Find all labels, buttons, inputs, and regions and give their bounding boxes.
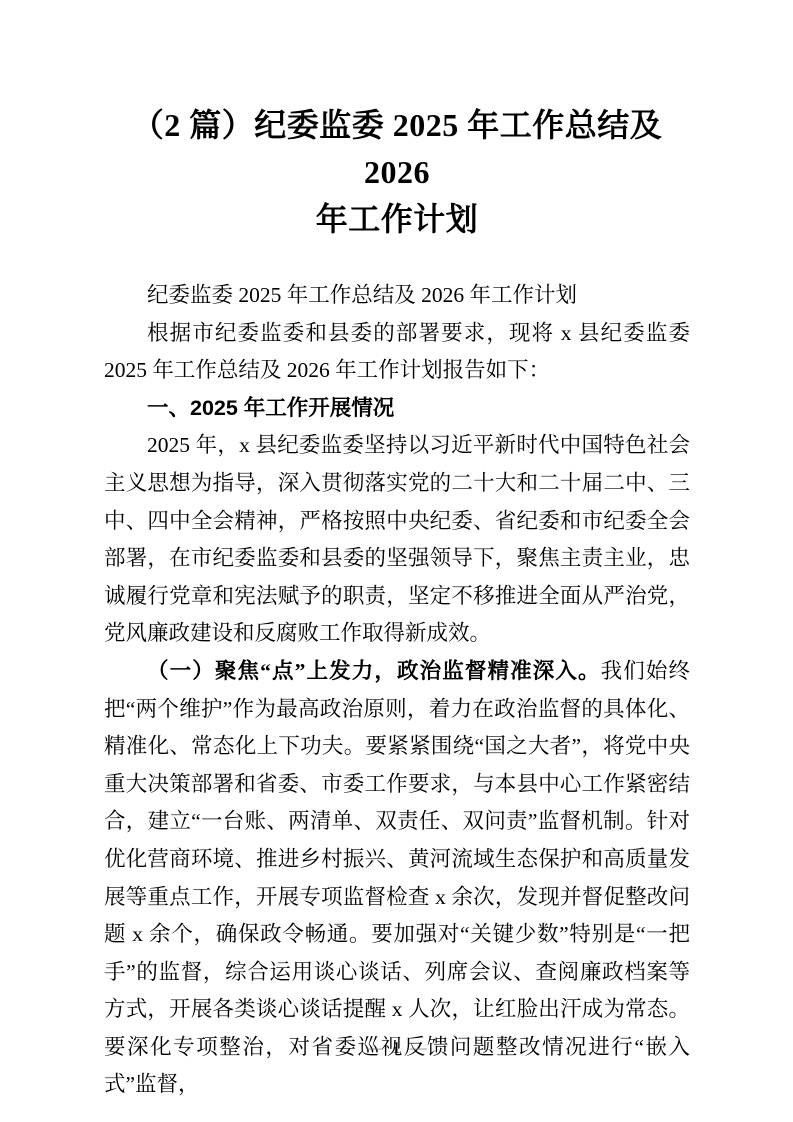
page-number: 1 bbox=[392, 1038, 401, 1057]
page-footer: —1— bbox=[0, 1037, 793, 1059]
document-content: （2 篇）纪委监委 2025 年工作总结及 2026 年工作计划 纪委监委 20… bbox=[104, 0, 690, 1104]
document-title-line-1: （2 篇）纪委监委 2025 年工作总结及 2026 bbox=[104, 102, 690, 196]
section-heading: 一、2025 年工作开展情况 bbox=[104, 390, 690, 428]
paragraph-body-text: 我们始终把“两个维护”作为最高政治原则，着力在政治监督的具体化、精准化、常态化上… bbox=[104, 659, 690, 1097]
footer-left-dash: — bbox=[357, 1038, 392, 1057]
paragraph-lead-bold: （一）聚焦“点”上发力，政治监督精准深入。 bbox=[147, 659, 601, 683]
paragraph-overview: 2025 年，x 县纪委监委坚持以习近平新时代中国特色社会主义思想为指导，深入贯… bbox=[104, 427, 690, 653]
paragraph-intro: 根据市纪委监委和县委的部署要求，现将 x 县纪委监委 2025 年工作总结及 2… bbox=[104, 315, 690, 390]
document-title-line-2: 年工作计划 bbox=[104, 196, 690, 243]
paragraph-subtitle: 纪委监委 2025 年工作总结及 2026 年工作计划 bbox=[104, 277, 690, 315]
document-page: （2 篇）纪委监委 2025 年工作总结及 2026 年工作计划 纪委监委 20… bbox=[0, 0, 793, 1122]
document-title: （2 篇）纪委监委 2025 年工作总结及 2026 年工作计划 bbox=[104, 102, 690, 243]
footer-right-dash: — bbox=[401, 1038, 436, 1057]
document-body: 纪委监委 2025 年工作总结及 2026 年工作计划 根据市纪委监委和县委的部… bbox=[104, 277, 690, 1104]
